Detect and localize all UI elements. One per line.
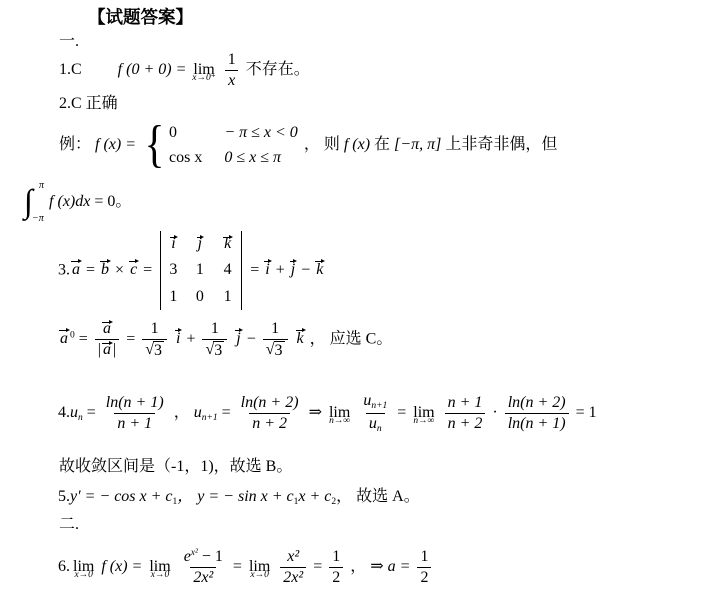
formula-fx: f (x) <box>344 136 370 153</box>
fraction-n-ratio: n + 1n + 2 <box>445 394 486 433</box>
subscript-n: n <box>377 424 382 434</box>
a-equals: a = <box>388 558 411 575</box>
lim-subscript: x→0⁺ <box>192 74 215 84</box>
equals-sign: = <box>87 404 96 421</box>
equals-sign: = <box>233 558 242 575</box>
formula-f-0-plus-0: f (0 + 0) = <box>118 61 187 78</box>
vector-c: c <box>128 259 139 281</box>
plus-sign: + <box>276 261 285 278</box>
fraction-one-half: 12 <box>329 548 343 587</box>
fraction-exp: ex² − 12x² <box>181 548 226 587</box>
case-1-condition: − π ≤ x < 0 <box>224 123 298 142</box>
equals-sign: = <box>250 261 259 278</box>
example-label: 例： <box>59 136 91 153</box>
vector-j: j <box>234 328 242 350</box>
subscript-n: n <box>78 413 83 423</box>
e-base: e <box>184 548 191 565</box>
equals-sign: = <box>143 261 152 278</box>
denominator: 2x² <box>280 567 306 587</box>
answer-2-line: 2.C 正确 <box>59 93 118 115</box>
integral-lower-limit: −π <box>32 212 44 226</box>
answer-4-line: 4.un = ln(n + 1)n + 1 ， un+1 = ln(n + 2)… <box>58 392 597 434</box>
lim-subscript: x→0 <box>74 571 92 581</box>
fraction-ln-n2: ln(n + 2)n + 2 <box>238 394 302 433</box>
comma: ， <box>350 558 366 575</box>
superscript-zero: 0 <box>70 330 75 340</box>
not-exist-text: 不存在。 <box>246 61 310 78</box>
limit-operator: limn→∞ <box>329 402 350 424</box>
multiply-dot: · <box>492 404 497 421</box>
answer-3-line: 3.a = b × c = i j k 3 1 4 1 0 1 = i + j … <box>58 231 325 310</box>
radicand: 3 <box>274 341 285 360</box>
det-cell: 4 <box>222 261 233 279</box>
denominator: √3 <box>263 339 288 360</box>
det-cell: 1 <box>196 261 204 279</box>
numerator: ln(n + 2) <box>238 394 302 413</box>
fraction-one-half: 12 <box>417 548 431 587</box>
numerator: ln(n + 2) <box>505 394 569 413</box>
denominator: ln(n + 1) <box>505 413 569 433</box>
lim-subscript: x→0 <box>151 571 169 581</box>
u: u <box>369 415 377 432</box>
limit-operator: limx→0 <box>149 556 170 578</box>
vector-i: i <box>263 259 271 281</box>
equals-one: = 1 <box>576 404 597 421</box>
vector-a-unit: a <box>58 328 70 350</box>
numerator: un+1 <box>360 392 390 413</box>
fraction-x2-ratio: x²2x² <box>280 548 306 587</box>
formula-y-prime: y′ = − cos x + c <box>70 488 173 505</box>
limit-operator: limx→0 <box>73 556 94 578</box>
formula-fx-equals: f (x) = <box>95 136 136 153</box>
fraction-1-over-sqrt3: 1√3 <box>263 320 288 360</box>
document-page: 【试题答案】 一. 1.Cf (0 + 0) = limx→0⁺ 1x 不存在。… <box>0 0 720 607</box>
example-line: 例： f (x) = { 0 − π ≤ x < 0 cos x 0 ≤ x ≤… <box>59 122 557 169</box>
u-n1: u <box>194 404 202 421</box>
implies-arrow: ⇒ <box>370 558 383 575</box>
equals-sign: = <box>397 404 406 421</box>
denominator: n + 2 <box>445 413 486 433</box>
numerator: 1 <box>268 320 282 339</box>
denominator: n + 1 <box>114 413 155 433</box>
integral-operator: ∫π−π <box>24 184 49 221</box>
choose-c-text: ， 应选 C。 <box>310 330 393 347</box>
vector-a: a <box>101 341 113 359</box>
left-brace: { <box>145 122 165 169</box>
equals-sign: = <box>126 330 135 347</box>
answer-1-label: 1.C <box>59 61 82 78</box>
answer-4-label: 4. <box>58 404 70 421</box>
fraction-1-over-x: 1x <box>225 51 239 90</box>
equals-sign: = <box>222 404 231 421</box>
answer-5-line: 5.y′ = − cos x + c1， y = − sin x + c1x +… <box>58 486 420 509</box>
numerator: 1 <box>208 320 222 339</box>
det-cell: 3 <box>169 261 177 279</box>
det-cell-i: i <box>169 235 177 253</box>
numerator: 1 <box>225 51 239 70</box>
denominator: 2x² <box>190 567 216 587</box>
subscript-n-plus-1: n+1 <box>202 413 218 423</box>
det-cell: 0 <box>196 288 204 306</box>
equals-sign: = <box>86 261 95 278</box>
sqrt-3: √3 <box>266 341 285 360</box>
fraction-1-over-sqrt3: 1√3 <box>142 320 167 360</box>
lim-subscript: x→0 <box>250 571 268 581</box>
formula-fx-equals: f (x) = <box>101 558 142 575</box>
answer-5-label: 5. <box>58 488 70 505</box>
denominator: √3 <box>142 339 167 360</box>
numerator: n + 1 <box>445 394 486 413</box>
section-one-label: 一. <box>59 31 79 53</box>
integral-line: ∫π−πf (x)dx = 0。 <box>24 184 131 221</box>
vector-a: a <box>70 259 82 281</box>
answer-3-label: 3. <box>58 261 70 278</box>
answer-6-label: 6. <box>58 558 70 575</box>
numerator: ex² − 1 <box>181 548 226 567</box>
page-title: 【试题答案】 <box>88 6 193 30</box>
limit-operator: limn→∞ <box>413 402 434 424</box>
comma: ， <box>174 404 190 421</box>
u-n: u <box>70 404 78 421</box>
vector-k: k <box>314 259 325 281</box>
subscript-n-plus-1: n+1 <box>371 401 387 411</box>
numerator: 1 <box>329 548 343 567</box>
integral-result: = 0。 <box>94 193 131 210</box>
det-cell-j: j <box>196 235 204 253</box>
vector-a: a <box>101 320 113 338</box>
radicand: 3 <box>213 341 224 360</box>
denominator: 2 <box>329 567 343 587</box>
interval-text: [−π, π] <box>394 136 441 153</box>
sqrt-3: √3 <box>145 341 164 360</box>
e-exponent: x² <box>191 548 198 558</box>
vector-i: i <box>174 328 182 350</box>
abs-bar: | <box>113 341 116 358</box>
fraction-ln-n1: ln(n + 1)n + 1 <box>103 394 167 433</box>
answer-1-line: 1.Cf (0 + 0) = limx→0⁺ 1x 不存在。 <box>59 51 310 90</box>
denominator: n + 2 <box>249 413 290 433</box>
case-2-condition: 0 ≤ x ≤ π <box>224 148 298 167</box>
denominator: un <box>366 413 385 435</box>
limit-operator: limx→0 <box>249 556 270 578</box>
answer-4-conclusion: 故收敛区间是（-1，1)，故选 B。 <box>59 456 292 478</box>
fraction-ln-ratio: ln(n + 2)ln(n + 1) <box>505 394 569 433</box>
formula-c2-term: x + c <box>298 488 331 505</box>
numerator: ln(n + 1) <box>103 394 167 413</box>
det-cell-k: k <box>222 235 233 253</box>
sqrt-3: √3 <box>205 341 224 360</box>
vector-k: k <box>295 328 306 350</box>
denominator: |a| <box>95 339 119 359</box>
formula-y: ， y = − sin x + c <box>177 488 293 505</box>
lim-subscript: n→∞ <box>329 417 350 427</box>
cross-product-sign: × <box>115 261 124 278</box>
cases-grid: 0 − π ≤ x < 0 cos x 0 ≤ x ≤ π <box>169 123 298 167</box>
vector-b: b <box>99 259 111 281</box>
det-cell: 1 <box>169 288 177 306</box>
piecewise-function: { 0 − π ≤ x < 0 cos x 0 ≤ x ≤ π <box>142 122 298 169</box>
integral-upper-limit: π <box>39 179 44 193</box>
det-cell: 1 <box>222 288 233 306</box>
limit-operator: limx→0⁺ <box>193 59 214 81</box>
fraction-1-over-sqrt3: 1√3 <box>202 320 227 360</box>
radicand: 3 <box>153 341 164 360</box>
minus-sign: − <box>247 330 256 347</box>
odd-even-text: 上非奇非偶，但 <box>445 136 557 153</box>
fraction-a-over-mod-a: a|a| <box>95 320 119 359</box>
then-text: ， 则 <box>304 136 340 153</box>
plus-sign: + <box>186 330 195 347</box>
case-2-value: cos x <box>169 148 202 167</box>
equals-sign: = <box>79 330 88 347</box>
numerator: 1 <box>148 320 162 339</box>
case-1-value: 0 <box>169 123 202 142</box>
equals-sign: = <box>313 558 322 575</box>
denominator: 2 <box>417 567 431 587</box>
denominator: √3 <box>202 339 227 360</box>
implies-arrow: ⇒ <box>309 404 322 421</box>
choose-a-text: ， 故选 A。 <box>336 488 420 505</box>
numerator: x² <box>284 548 302 567</box>
denominator: x <box>225 70 238 90</box>
integrand: f (x)dx <box>49 193 90 210</box>
section-two-label: 二. <box>59 514 79 536</box>
determinant-3x3: i j k 3 1 4 1 0 1 <box>160 231 242 310</box>
answer-6-line: 6.limx→0 f (x) = limx→0 ex² − 12x² = lim… <box>58 548 434 587</box>
minus-one: − 1 <box>202 548 223 565</box>
answer-3b-line: a0 = a|a| = 1√3 i + 1√3 j − 1√3 k ， 应选 C… <box>58 320 392 360</box>
lim-subscript: n→∞ <box>413 417 434 427</box>
vector-j: j <box>289 259 297 281</box>
fraction-u-ratio: un+1un <box>360 392 390 434</box>
numerator: 1 <box>417 548 431 567</box>
in-text: 在 <box>374 136 390 153</box>
numerator: a <box>98 320 116 339</box>
minus-sign: − <box>301 261 310 278</box>
